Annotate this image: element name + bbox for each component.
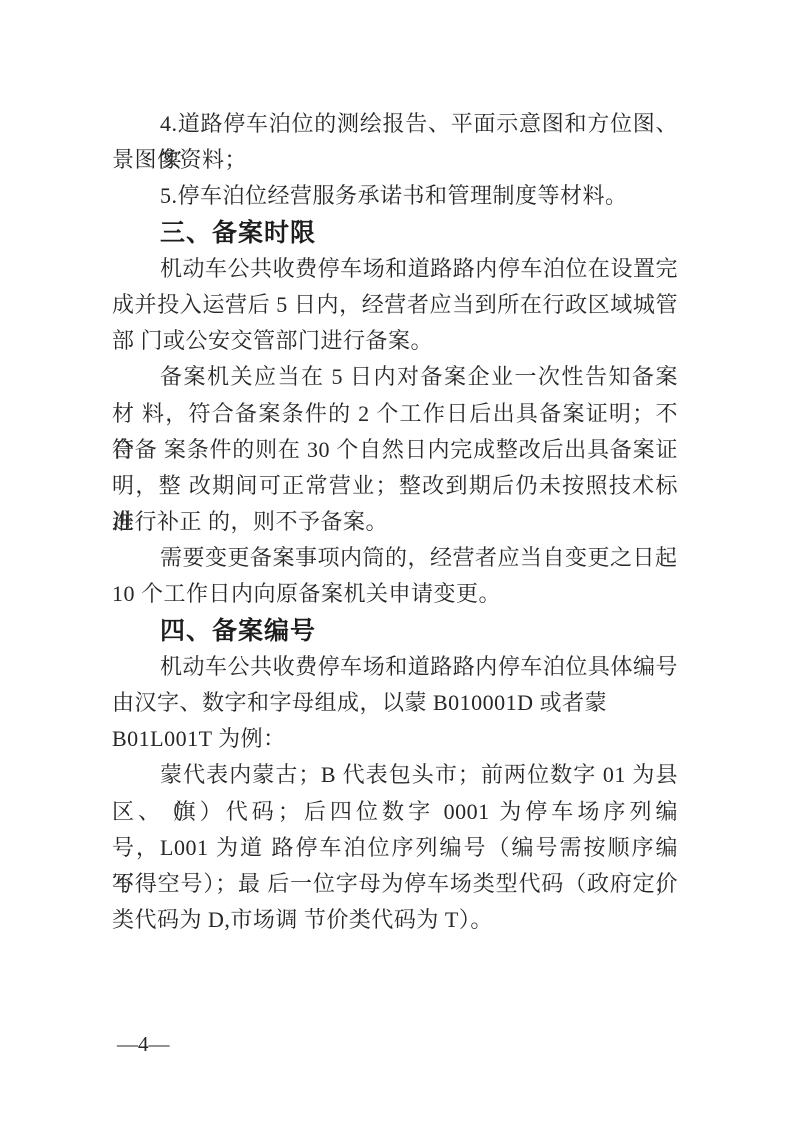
text-line: 成并投入运营后 5 日内，经营者应当到所在行政区域城管 xyxy=(112,287,678,323)
document-text-block: 4.道路停车泊位的测绘报告、平面示意图和方位图、实 景图像资料； 5.停车泊位经… xyxy=(112,106,678,938)
text-line: 由汉字、数字和字母组成，以蒙 B010001D 或者蒙 xyxy=(112,685,678,721)
text-line: 5.停车泊位经营服务承诺书和管理制度等材料。 xyxy=(112,178,678,214)
text-line: 材 料，符合备案条件的 2 个工作日后出具备案证明；不符 xyxy=(112,396,678,432)
text-line: 景图像资料； xyxy=(112,142,678,178)
text-line: 区、 旗）代码；后四位数字 0001 为停车场序列编 xyxy=(112,794,678,830)
text-line: 需要变更备案事项内筒的，经营者应当自变更之日起 xyxy=(112,540,678,576)
section-heading-filing-deadline: 三、备案时限 xyxy=(112,215,678,251)
text-line: 10 个工作日内向原备案机关申请变更。 xyxy=(112,576,678,612)
text-line: 进行补正 的，则不予备案。 xyxy=(112,504,678,540)
text-line: 蒙代表内蒙古；B 代表包头市；前两位数字 01 为县（ xyxy=(112,757,678,793)
text-line: B01L001T 为例： xyxy=(112,721,678,757)
text-line: 不得空号）；最 后一位字母为停车场类型代码（政府定价 xyxy=(112,866,678,902)
section-heading-filing-number: 四、备案编号 xyxy=(112,613,678,649)
text-line: 号，L001 为道 路停车泊位序列编号（编号需按顺序编写， xyxy=(112,830,678,866)
text-line: 合备 案条件的则在 30 个自然日内完成整改后出具备案证 xyxy=(112,432,678,468)
page-number: —4— xyxy=(117,1031,170,1057)
text-line: 备案机关应当在 5 日内对备案企业一次性告知备案 xyxy=(112,359,678,395)
text-line: 机动车公共收费停车场和道路路内停车泊位具体编号 xyxy=(112,649,678,685)
document-page: 4.道路停车泊位的测绘报告、平面示意图和方位图、实 景图像资料； 5.停车泊位经… xyxy=(0,0,793,1122)
text-line: 明，整 改期间可正常营业；整改到期后仍未按照技术标准 xyxy=(112,468,678,504)
text-line: 部 门或公安交管部门进行备案。 xyxy=(112,323,678,359)
text-line: 4.道路停车泊位的测绘报告、平面示意图和方位图、实 xyxy=(112,106,678,142)
text-line: 机动车公共收费停车场和道路路内停车泊位在设置完 xyxy=(112,251,678,287)
text-line: 类代码为 D,市场调 节价类代码为 T）。 xyxy=(112,902,678,938)
